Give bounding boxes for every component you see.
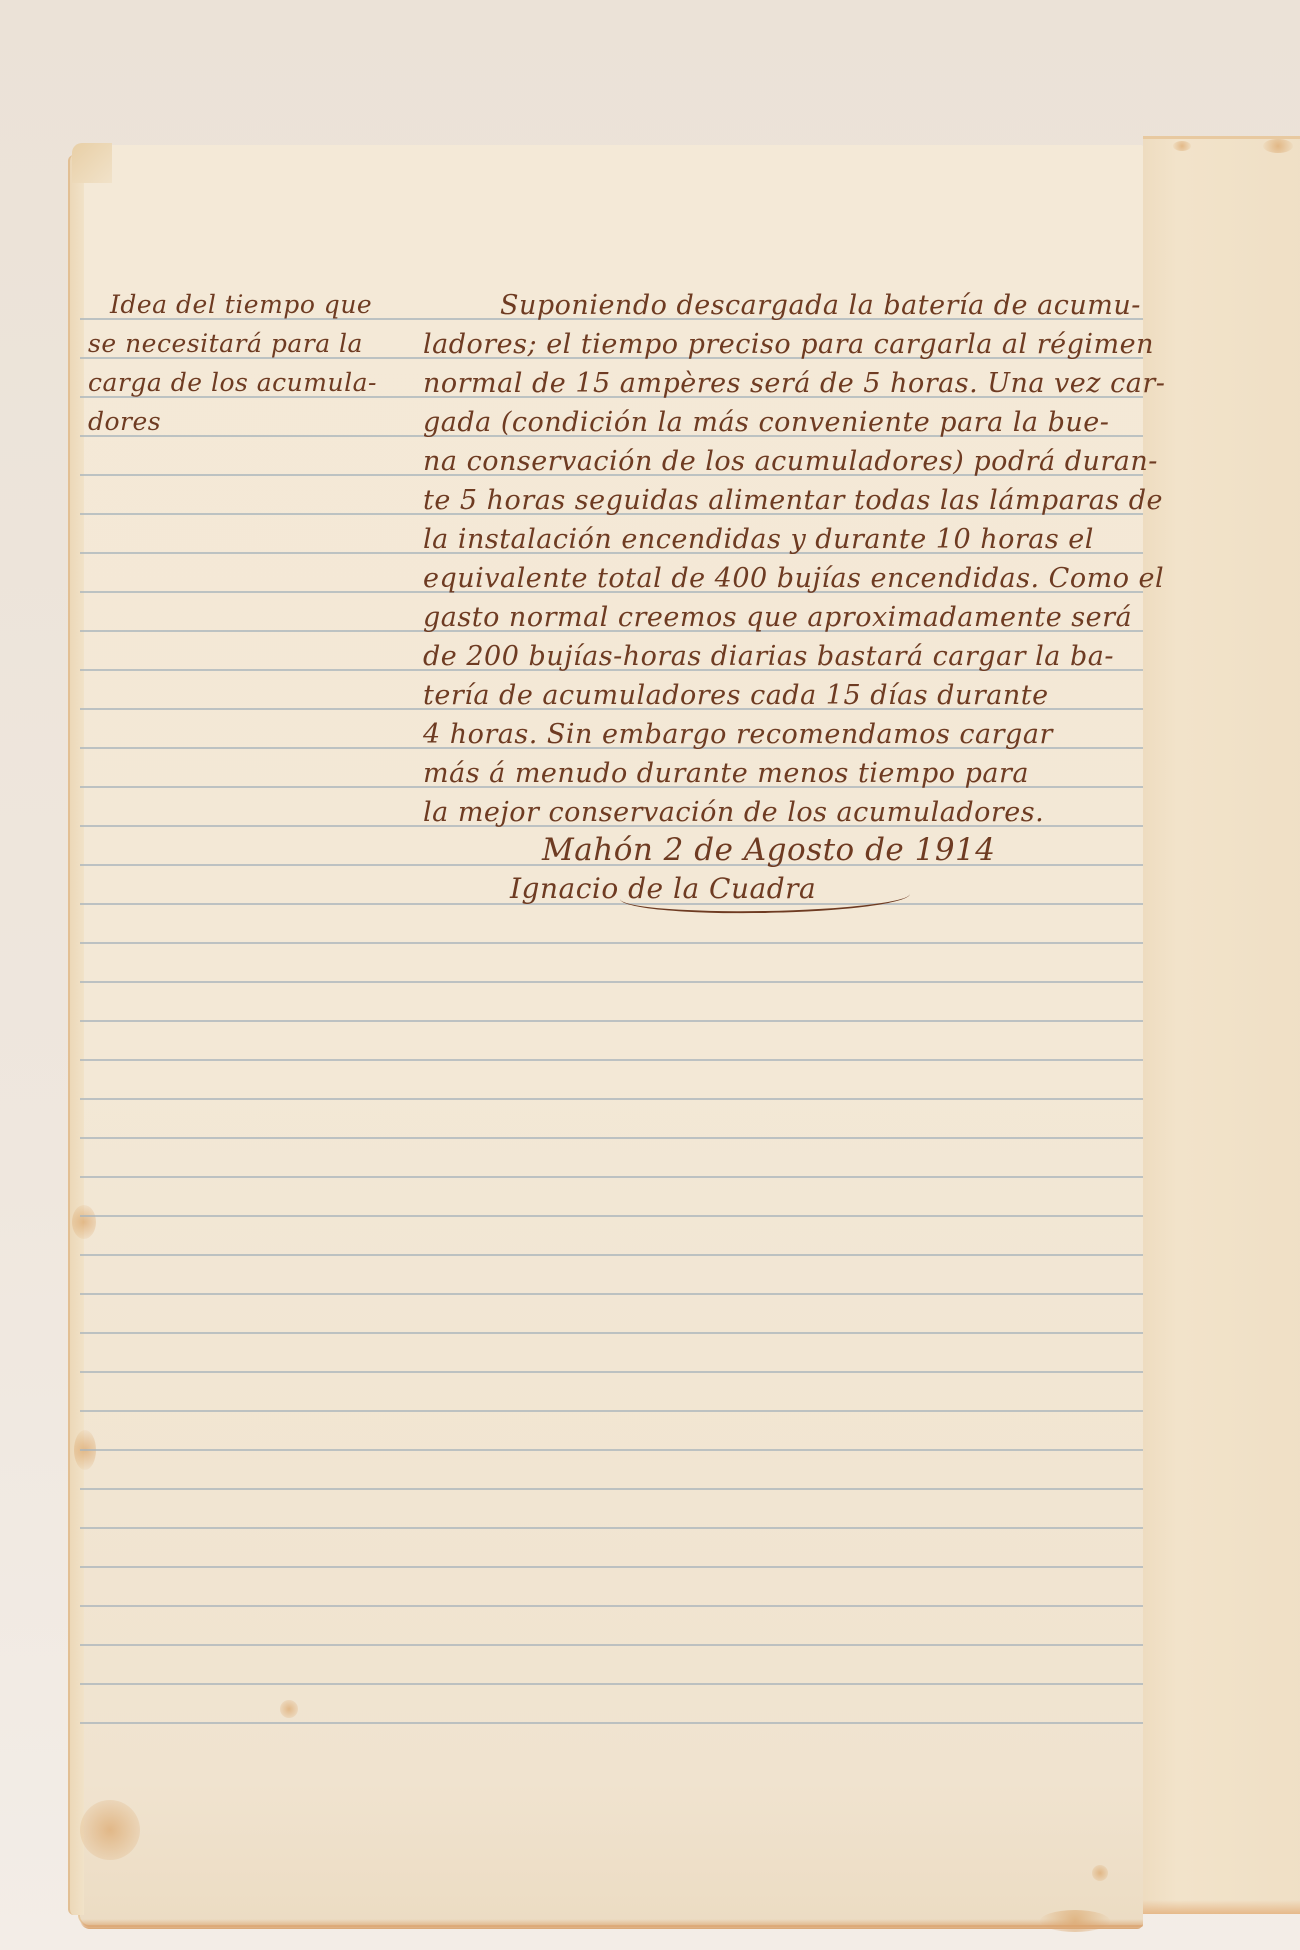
rule-line [80,981,1143,983]
rule-line [80,1293,1143,1295]
rule-line [80,1527,1143,1529]
body-line: equivalente total de 400 bujías encendid… [423,565,1164,592]
rule-line [80,1371,1143,1373]
letter-page: Idea del tiempo que se necesitará para l… [80,145,1143,1925]
foxing-stain [1092,1865,1108,1881]
rule-line [80,1137,1143,1139]
body-line: te 5 horas seguidas alimentar todas las … [423,487,1163,514]
margin-note-line: carga de los acumula- [88,370,377,395]
foxing-stain [1173,141,1191,151]
rule-line [80,1020,1143,1022]
folded-corner [72,143,112,183]
rule-line [80,1683,1143,1685]
rule-line [80,1722,1143,1724]
page-left-edge [68,155,84,1915]
body-line: ladores; el tiempo preciso para cargarla… [423,331,1154,358]
adjacent-page [1143,136,1300,1914]
rule-line [80,1488,1143,1490]
body-line: Suponiendo descargada la batería de acum… [500,292,1141,319]
rule-line [80,1644,1143,1646]
signature-flourish [620,890,910,915]
body-line: la mejor conservación de los acumuladore… [423,799,1044,826]
body-line: na conservación de los acumuladores) pod… [423,448,1158,475]
rule-line [80,1332,1143,1334]
rule-line [80,942,1143,944]
body-line: normal de 15 ampères será de 5 horas. Un… [423,370,1165,397]
margin-note-line: Idea del tiempo que [110,292,372,317]
rule-line [80,1215,1143,1217]
foxing-stain [80,1800,140,1860]
rule-line [80,1449,1143,1451]
rule-line [80,1605,1143,1607]
foxing-stain [280,1700,298,1718]
body-line: gada (condición la más conveniente para … [423,409,1109,436]
margin-note-line: se necesitará para la [88,331,363,356]
body-line: gasto normal creemos que aproximadamente… [423,604,1132,631]
body-line: la instalación encendidas y durante 10 h… [423,526,1094,553]
rule-line [80,1176,1143,1178]
rule-line [80,1254,1143,1256]
rule-line [80,1098,1143,1100]
foxing-stain [1263,139,1293,153]
page-bottom-edge [80,1919,1143,1929]
body-line: 4 horas. Sin embargo recomendamos cargar [423,721,1053,748]
rule-line [80,1059,1143,1061]
rule-line [80,1410,1143,1412]
body-line: de 200 bujías-horas diarias bastará carg… [423,643,1114,670]
body-line: más á menudo durante menos tiempo para [423,760,1029,787]
body-line: tería de acumuladores cada 15 días duran… [423,682,1049,709]
place-date: Mahón 2 de Agosto de 1914 [542,835,996,866]
rule-line [80,1566,1143,1568]
foxing-stain [72,1205,96,1239]
adjacent-page-edge [1143,1900,1300,1914]
margin-note-line: dores [88,409,161,434]
